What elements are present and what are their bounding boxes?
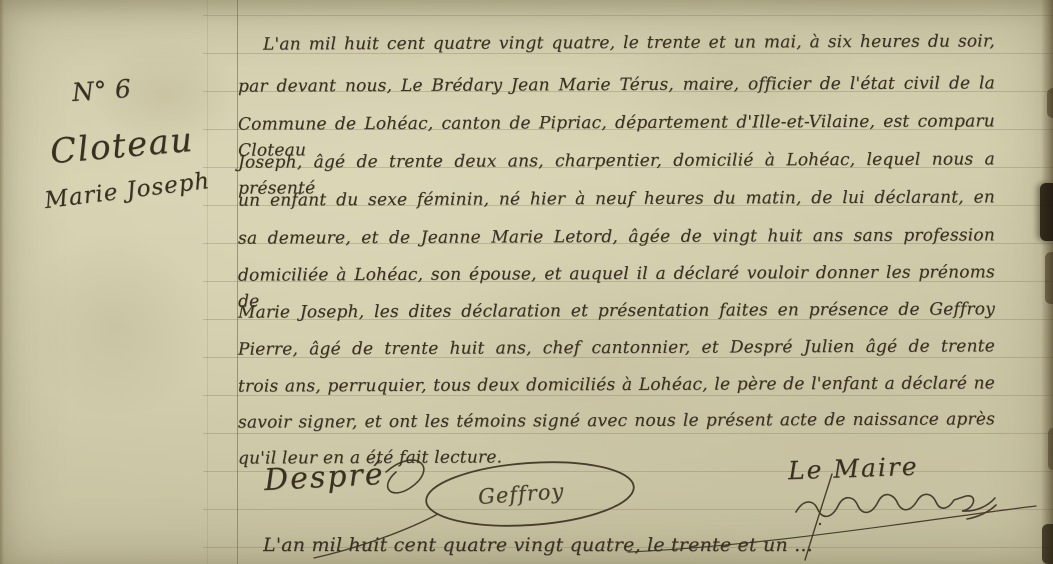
margin-rule-faint [207, 0, 208, 564]
act-body-line: sa demeure, et de Jeanne Marie Letord, â… [238, 222, 995, 251]
margin-given-names: Marie Joseph [43, 168, 211, 214]
act-body-line: Marie Joseph, les dites déclaration et p… [238, 296, 995, 325]
act-body-line: L'an mil huit cent quatre vingt quatre, … [263, 28, 995, 57]
act-body-line: un enfant du sexe féminin, né hier à neu… [238, 184, 995, 213]
act-body-line: trois ans, perruquier, tous deux domicil… [238, 370, 995, 399]
act-body-line: par devant nous, Le Brédary Jean Marie T… [238, 70, 995, 99]
binding-gutter [1041, 0, 1053, 564]
margin-surname: Cloteau [49, 120, 196, 172]
act-body-line: savoir signer, et ont les témoins signé … [238, 406, 995, 435]
left-page-edge [0, 0, 4, 564]
act-number: N° 6 [71, 74, 132, 107]
witness-signature-despre: Despré [263, 457, 385, 498]
next-act-partial-line: L'an mil huit cent quatre vingt quatre, … [263, 534, 953, 556]
mayor-title: Le Maire [788, 452, 920, 486]
act-body-line: Pierre, âgé de trente huit ans, chef can… [238, 333, 995, 362]
paper-stain [20, 230, 210, 420]
ink-dot [819, 523, 821, 525]
mayor-signature-scribble [796, 494, 996, 519]
witness-signature-geffroy: Geffroy [477, 479, 565, 509]
register-page: N° 6 Cloteau Marie Joseph L'an mil huit … [0, 0, 1053, 564]
